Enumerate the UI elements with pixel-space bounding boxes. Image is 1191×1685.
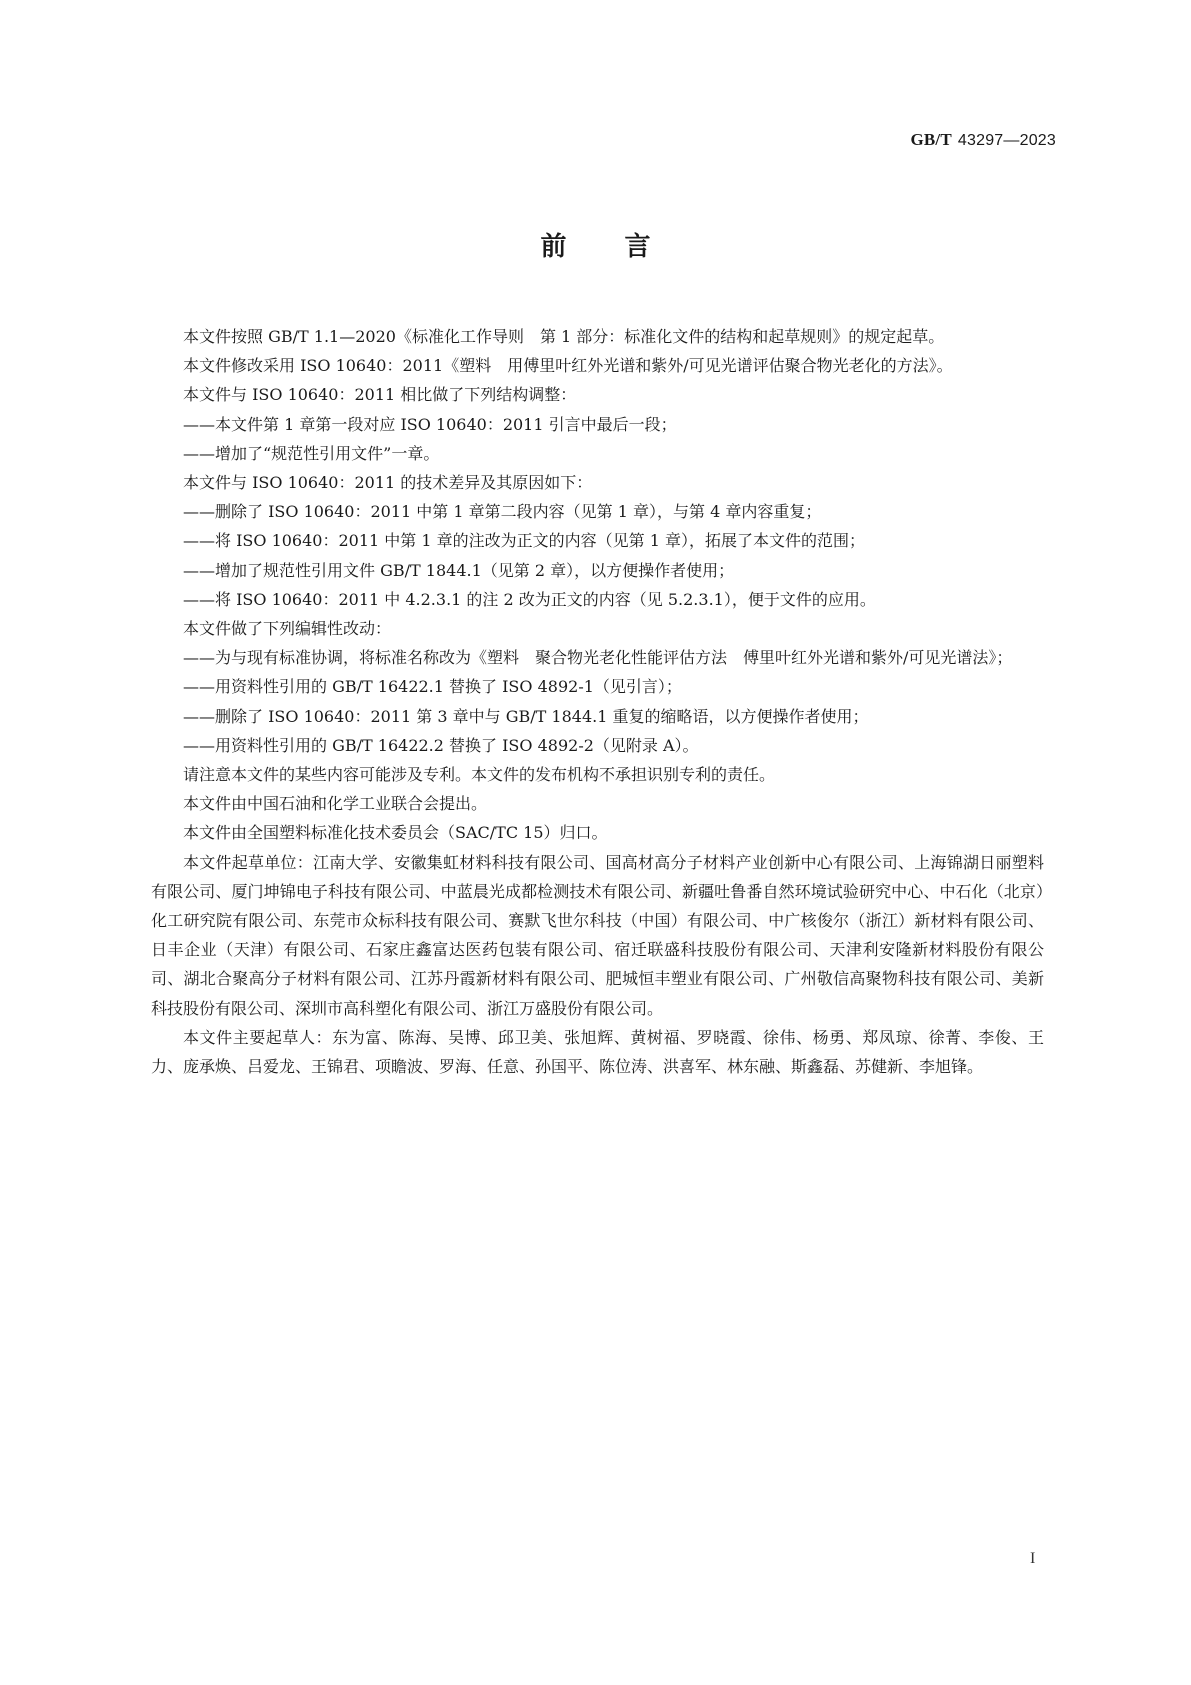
dash-marker: —— (183, 415, 215, 434)
paragraph-technical-intro: 本文件与 ISO 10640：2011 的技术差异及其原因如下： (151, 468, 1044, 497)
technical-differences-list: ——删除了 ISO 10640：2011 中第 1 章第二段内容（见第 1 章）… (151, 497, 1044, 614)
standard-code: GB/T43297—2023 (910, 130, 1056, 150)
dash-marker: —— (183, 561, 215, 580)
paragraph-patent-notice: 请注意本文件的某些内容可能涉及专利。本文件的发布机构不承担识别专利的责任。 (151, 760, 1044, 789)
list-item: ——将 ISO 10640：2011 中 4.2.3.1 的注 2 改为正文的内… (151, 585, 1044, 614)
page-title: 前言 (0, 226, 1191, 263)
dash-marker: —— (183, 444, 215, 463)
paragraph-drafting-organizations: 本文件起草单位：江南大学、安徽集虹材料科技有限公司、国高材高分子材料产业创新中心… (151, 848, 1044, 1023)
paragraph-committee: 本文件由全国塑料标准化技术委员会（SAC/TC 15）归口。 (151, 818, 1044, 847)
page-number: I (1030, 1550, 1035, 1568)
dash-marker: —— (183, 736, 215, 755)
list-item: ——将 ISO 10640：2011 中第 1 章的注改为正文的内容（见第 1 … (151, 526, 1044, 555)
list-item: ——本文件第 1 章第一段对应 ISO 10640：2011 引言中最后一段； (151, 410, 1044, 439)
standard-number: 43297—2023 (958, 132, 1056, 149)
paragraph-editorial-intro: 本文件做了下列编辑性改动： (151, 614, 1044, 643)
list-item: ——用资料性引用的 GB/T 16422.1 替换了 ISO 4892-1（见引… (151, 672, 1044, 701)
paragraph-drafting-rules: 本文件按照 GB/T 1.1—2020《标准化工作导则 第 1 部分：标准化文件… (151, 322, 1044, 351)
list-item: ——删除了 ISO 10640：2011 第 3 章中与 GB/T 1844.1… (151, 702, 1044, 731)
dash-marker: —— (183, 707, 215, 726)
dash-marker: —— (183, 590, 215, 609)
paragraph-proposer: 本文件由中国石油和化学工业联合会提出。 (151, 789, 1044, 818)
paragraph-structural-intro: 本文件与 ISO 10640：2011 相比做了下列结构调整： (151, 380, 1044, 409)
title-char-1: 前 (540, 226, 566, 263)
title-char-2: 言 (625, 226, 651, 263)
editorial-changes-list: ——为与现有标准协调，将标准名称改为《塑料 聚合物光老化性能评估方法 傅里叶红外… (151, 643, 1044, 760)
list-item: ——为与现有标准协调，将标准名称改为《塑料 聚合物光老化性能评估方法 傅里叶红外… (183, 643, 1044, 672)
paragraph-adoption: 本文件修改采用 ISO 10640：2011《塑料 用傅里叶红外光谱和紫外/可见… (151, 351, 1044, 380)
dash-marker: —— (183, 677, 215, 696)
list-item: ——增加了规范性引用文件 GB/T 1844.1（见第 2 章），以方便操作者使… (151, 556, 1044, 585)
list-item: ——增加了“规范性引用文件”一章。 (151, 439, 1044, 468)
list-item: ——删除了 ISO 10640：2011 中第 1 章第二段内容（见第 1 章）… (151, 497, 1044, 526)
dash-marker: —— (183, 531, 215, 550)
foreword-body: 本文件按照 GB/T 1.1—2020《标准化工作导则 第 1 部分：标准化文件… (151, 322, 1044, 1081)
paragraph-main-drafters: 本文件主要起草人：东为富、陈海、吴博、邱卫美、张旭辉、黄树福、罗晓霞、徐伟、杨勇… (151, 1023, 1044, 1081)
standard-prefix: GB/T (910, 130, 951, 149)
dash-marker: —— (183, 648, 215, 667)
list-item: ——用资料性引用的 GB/T 16422.2 替换了 ISO 4892-2（见附… (151, 731, 1044, 760)
structural-changes-list: ——本文件第 1 章第一段对应 ISO 10640：2011 引言中最后一段； … (151, 410, 1044, 468)
dash-marker: —— (183, 502, 215, 521)
